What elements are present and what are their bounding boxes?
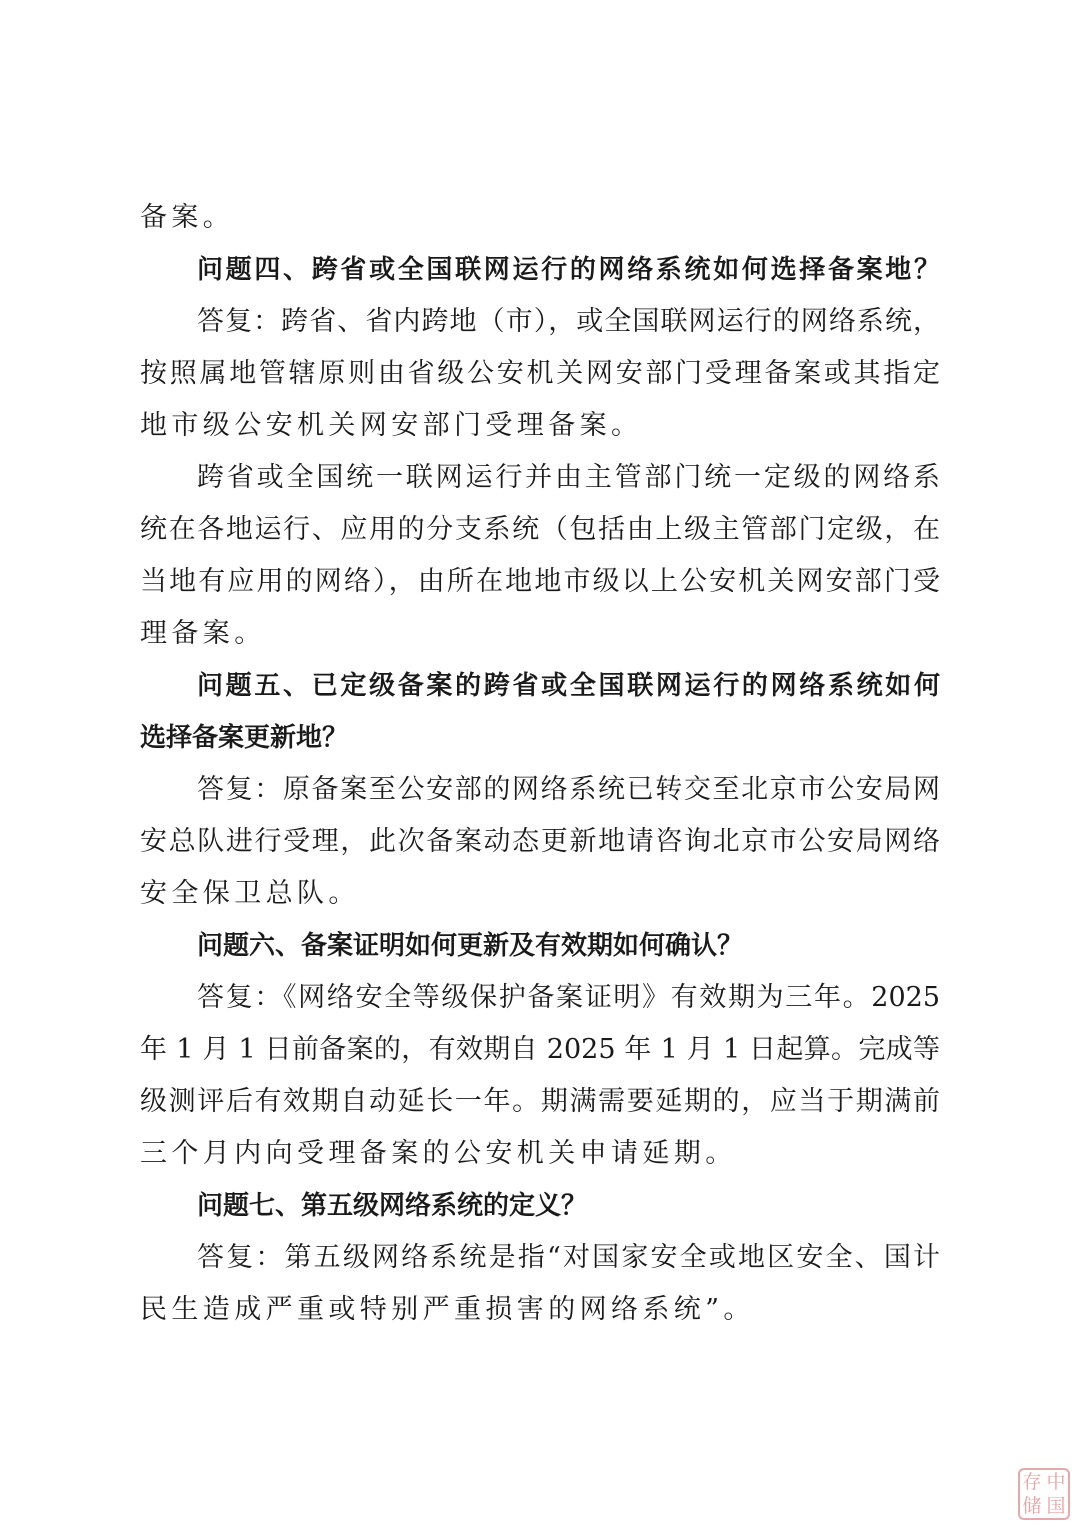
paragraph-line: 跨省或全国统一联网运行并由主管部门统一定级的网络系: [197, 452, 940, 504]
question-heading: 问题七、第五级网络系统的定义？: [197, 1180, 587, 1232]
question-heading: 选择备案更新地？: [140, 712, 348, 764]
seal-char: 国: [1044, 1494, 1068, 1518]
paragraph-line: 答复：第五级网络系统是指“对国家安全或地区安全、国计: [197, 1232, 940, 1284]
paragraph-line: 备案。: [140, 192, 234, 244]
paragraph-line: 年 1 月 1 日前备案的，有效期自 2025 年 1 月 1 日起算。完成等: [140, 1024, 940, 1076]
seal-char: 储: [1020, 1494, 1044, 1518]
paragraph-line: 地市级公安机关网安部门受理备案。: [140, 400, 642, 452]
paragraph-line: 级测评后有效期自动延长一年。期满需要延期的，应当于期满前: [140, 1076, 940, 1128]
paragraph-line: 三个月内向受理备案的公安机关申请延期。: [140, 1128, 737, 1180]
seal-char: 存: [1020, 1470, 1044, 1494]
paragraph-line: 答复：跨省、省内跨地（市），或全国联网运行的网络系统，: [197, 296, 940, 348]
seal-char: 中: [1044, 1470, 1068, 1494]
question-heading: 问题五、已定级备案的跨省或全国联网运行的网络系统如何: [197, 660, 940, 712]
question-heading: 问题六、备案证明如何更新及有效期如何确认？: [197, 920, 743, 972]
paragraph-line: 安全保卫总队。: [140, 868, 360, 920]
paragraph-line: 安总队进行受理，此次备案动态更新地请咨询北京市公安局网络: [140, 816, 940, 868]
paragraph-line: 统在各地运行、应用的分支系统（包括由上级主管部门定级，在: [140, 504, 940, 556]
paragraph-line: 答复：《网络安全等级保护备案证明》有效期为三年。2025: [197, 972, 940, 1024]
paragraph-line: 答复：原备案至公安部的网络系统已转交至北京市公安局网: [197, 764, 940, 816]
paragraph-line: 按照属地管辖原则由省级公安机关网安部门受理备案或其指定: [140, 348, 940, 400]
paragraph-line: 理备案。: [140, 608, 266, 660]
watermark-seal-icon: 存 中 储 国: [1018, 1468, 1070, 1520]
paragraph-line: 当地有应用的网络），由所在地地市级以上公安机关网安部门受: [140, 556, 940, 608]
question-heading: 问题四、跨省或全国联网运行的网络系统如何选择备案地？: [197, 244, 940, 296]
paragraph-line: 民生造成严重或特别严重损害的网络系统”。: [140, 1284, 755, 1336]
